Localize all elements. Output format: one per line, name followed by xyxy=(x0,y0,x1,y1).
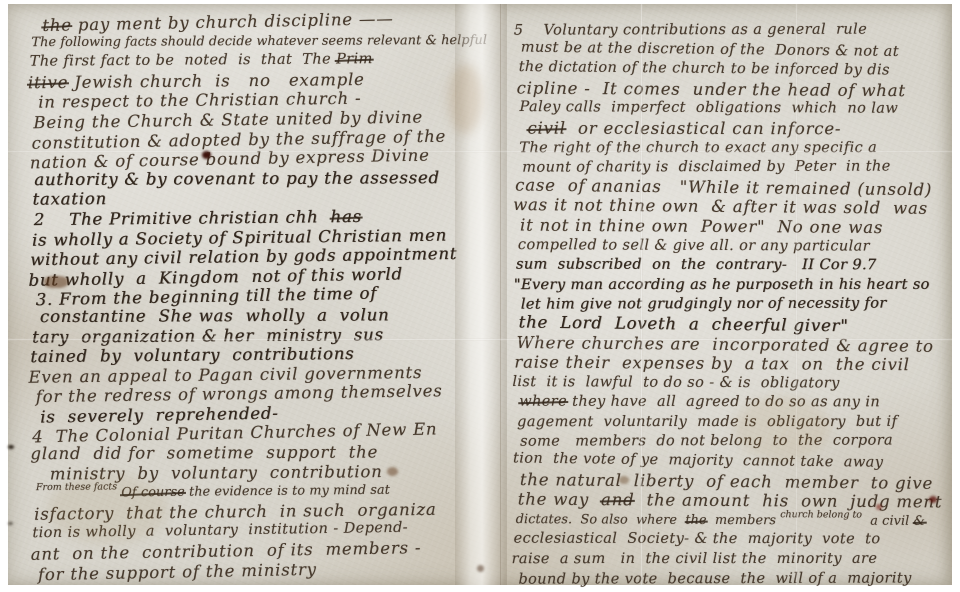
manuscript-line: where they have all agreed to do so as a… xyxy=(519,393,950,413)
red-speck-stain xyxy=(876,504,882,510)
struck-through-word: has xyxy=(330,207,362,226)
struck-through-word: itive xyxy=(28,73,68,92)
struck-through-word: & xyxy=(914,514,926,529)
manuscript-line: raise their expenses by a tax on the civ… xyxy=(514,353,950,376)
manuscript-line: Paley calls imperfect obligations which … xyxy=(515,98,952,120)
manuscript-line: "Every man according as he purposeth in … xyxy=(514,276,951,296)
manuscript-line: dictates. So also where the members chur… xyxy=(516,510,950,531)
foxing-spot xyxy=(619,476,629,484)
foxing-spot xyxy=(477,565,484,572)
toning-patch xyxy=(734,396,830,460)
toning-patch xyxy=(448,64,482,134)
manuscript-line: cipline - It comes under the head of wha… xyxy=(517,78,952,101)
struck-through-word: and xyxy=(601,490,635,509)
red-speck-stain xyxy=(929,496,937,503)
vertical-fold-crease xyxy=(795,4,798,585)
horizontal-fold-crease xyxy=(8,338,952,341)
manuscript-line: ecclesiastical Society- & the majority v… xyxy=(514,530,950,550)
struck-through-word: civil xyxy=(527,119,565,138)
edge-mark xyxy=(8,445,14,449)
smudge-stain xyxy=(44,276,68,288)
manuscript-line: sum subscribed on the contrary- II Cor 9… xyxy=(516,256,951,276)
manuscript-line: list it is lawful to do so - & is obliga… xyxy=(512,373,950,395)
toning-patch xyxy=(48,474,168,544)
vertical-fold-crease xyxy=(640,4,643,585)
struck-through-word: where xyxy=(519,394,567,410)
ink-blot-stain xyxy=(202,151,211,159)
manuscript-right-page: 5 Voluntary contributions as a general r… xyxy=(506,4,952,585)
manuscript-line: civil or ecclesiastical can inforce- xyxy=(521,119,951,139)
manuscript-line: constantine She was wholly a volun xyxy=(34,305,464,327)
manuscript-scan: the pay ment by church discipline ——The … xyxy=(8,4,952,585)
edge-mark xyxy=(8,522,13,525)
manuscript-line: it not in thine own Power" No one was xyxy=(520,215,951,238)
manuscript-line: gland did for sometime support the xyxy=(30,442,465,464)
manuscript-line: raise a sum in the civil list the minori… xyxy=(512,550,950,570)
manuscript-line: the way and the amount his own judg ment xyxy=(518,490,950,513)
interlinear-insertion: church belong to xyxy=(780,509,862,520)
manuscript-line: bound by the vote because the will of a … xyxy=(518,569,949,590)
struck-through-word: Prim xyxy=(336,51,373,67)
struck-through-word: the xyxy=(685,513,706,528)
right-page-text-block: 5 Voluntary contributions as a general r… xyxy=(503,4,952,590)
manuscript-line: compelled to sell & give all. or any par… xyxy=(518,236,951,257)
horizontal-fold-crease xyxy=(8,150,952,153)
manuscript-line: 5 Voluntary contributions as a general r… xyxy=(514,20,952,41)
manuscript-line: The right of the church to exact any spe… xyxy=(519,138,951,158)
foxing-spot xyxy=(387,467,398,476)
